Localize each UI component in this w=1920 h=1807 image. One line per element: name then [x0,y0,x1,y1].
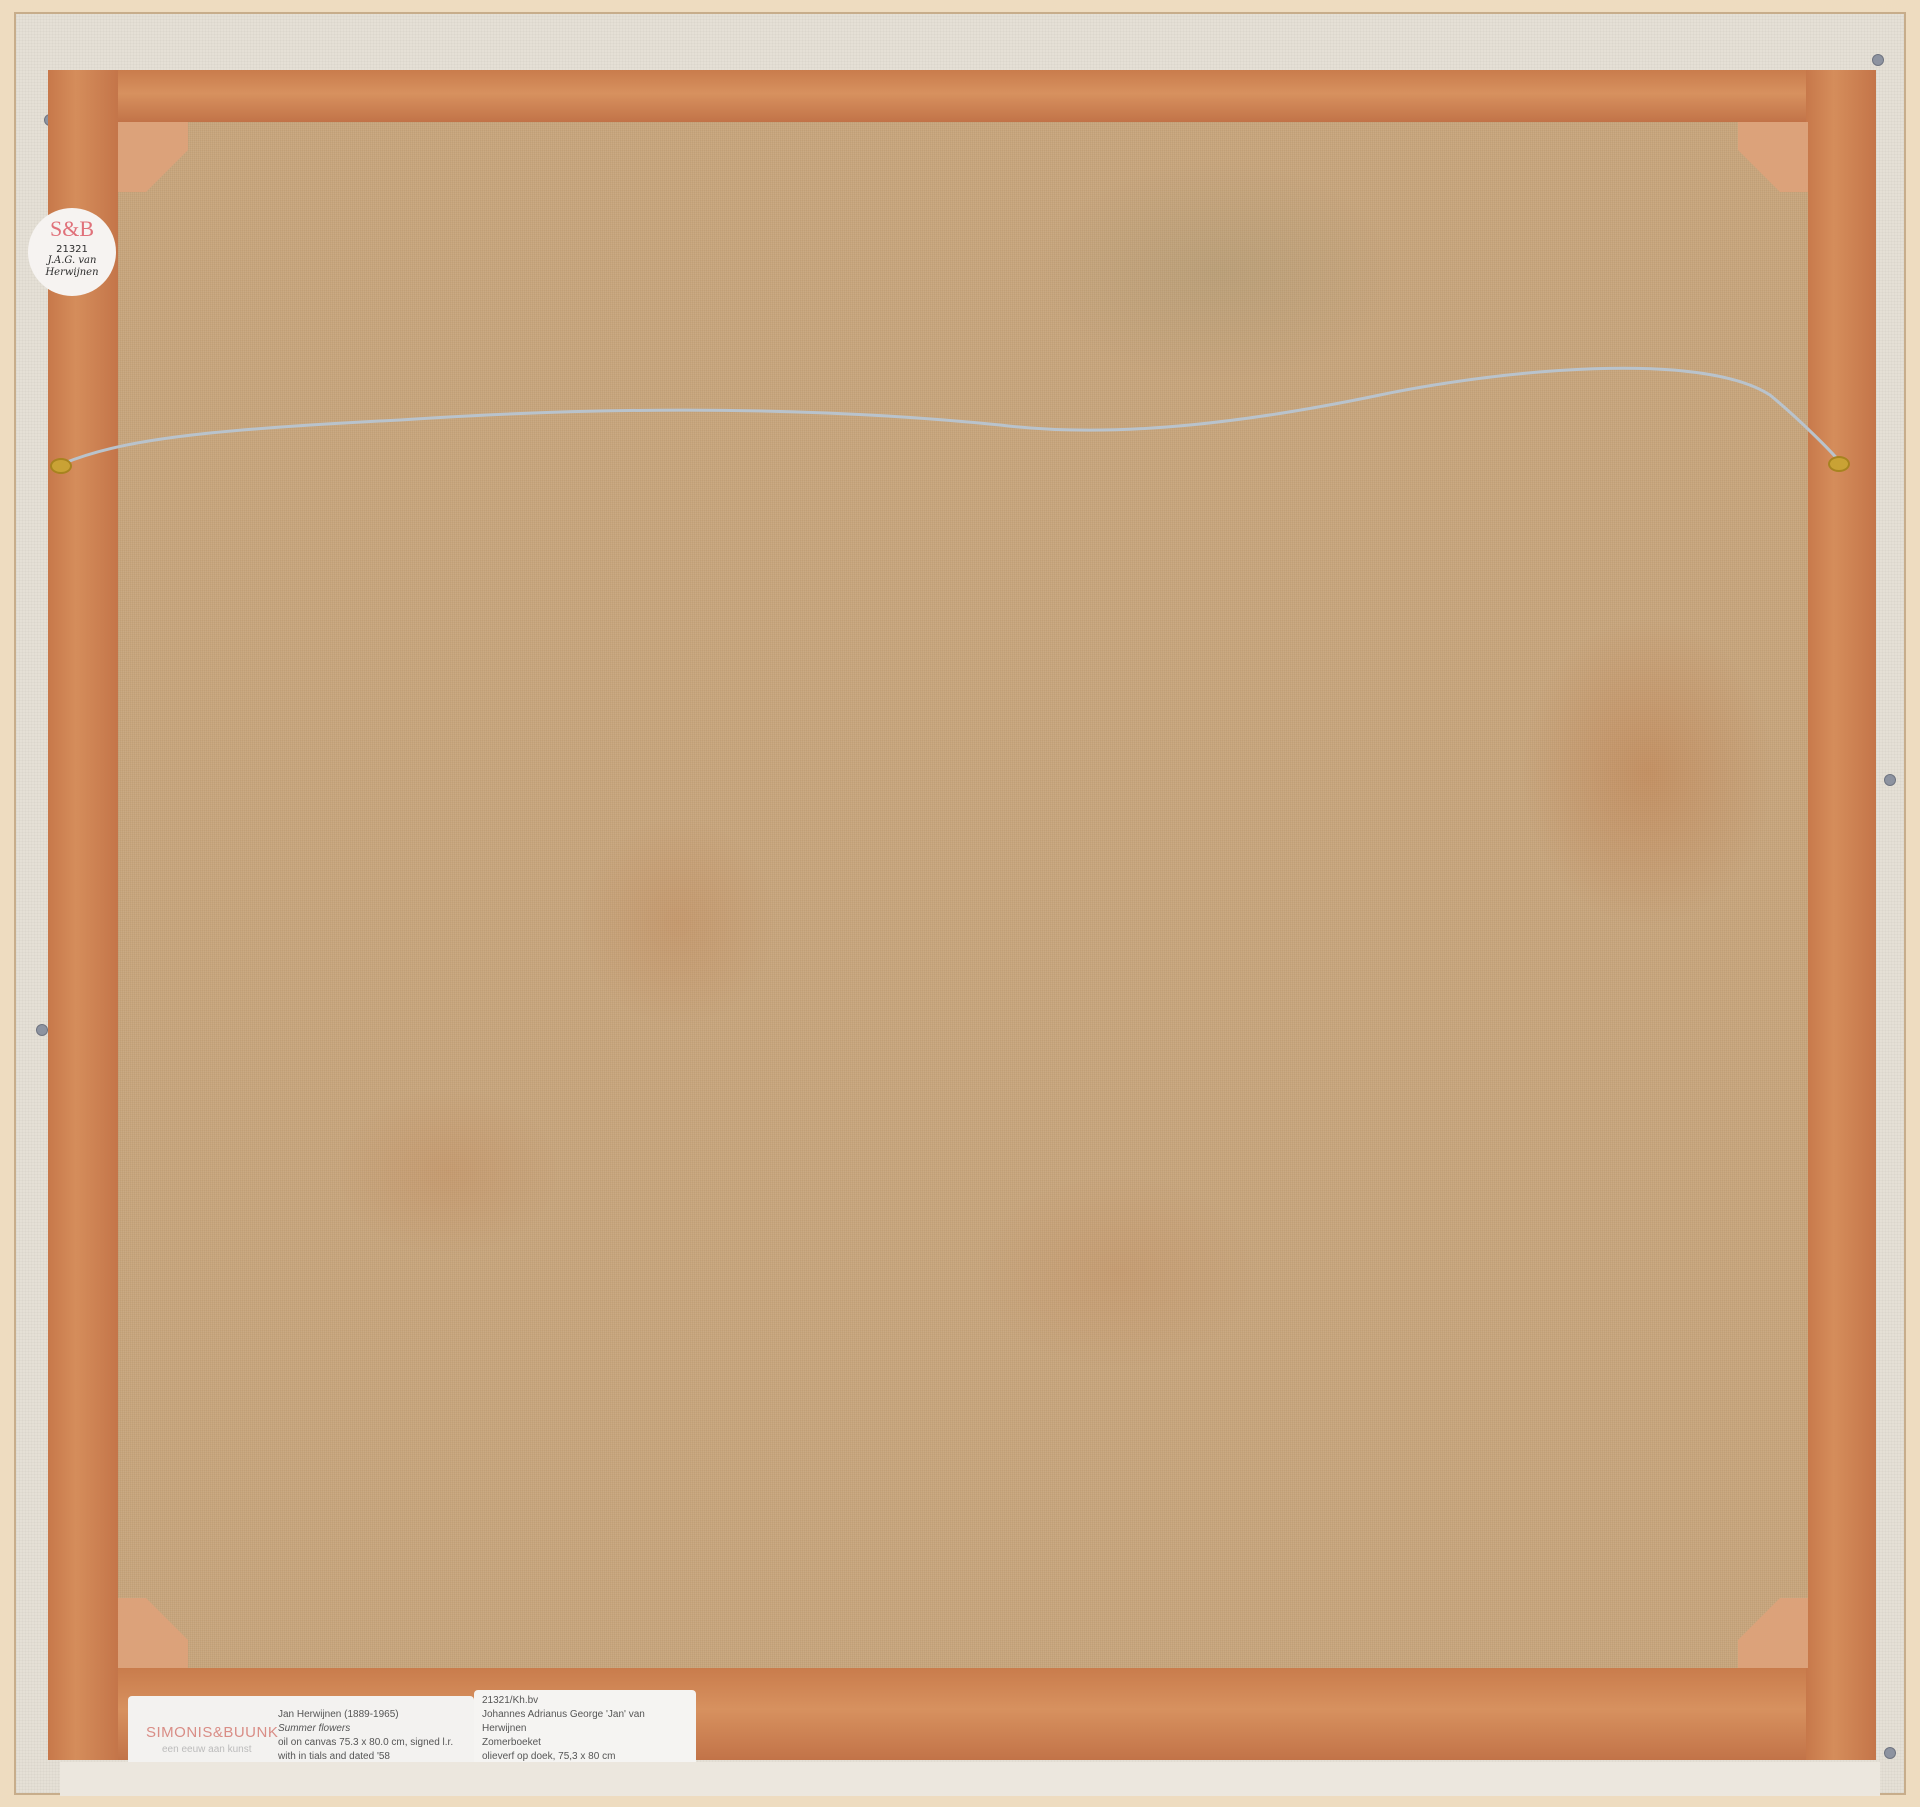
sb-sticker: S&B 21321 J.A.G. van Herwijnen [28,208,116,296]
artist-full: Johannes Adrianus George 'Jan' van [482,1708,688,1722]
title: Summer flowers [278,1722,488,1736]
inventory-label: 21321/Kh.bv Johannes Adrianus George 'Ja… [474,1690,696,1770]
sb-name-line2: Herwijnen [28,267,116,279]
hanging-wire [0,0,1920,600]
tack-icon [36,1024,48,1036]
tack-icon [1884,1747,1896,1759]
gallery-logo: SIMONIS&BUUNK [146,1724,278,1741]
gallery-subtitle: een eeuw aan kunst [162,1744,252,1755]
inventory-code: 21321/Kh.bv [482,1694,688,1708]
sb-name-line1: J.A.G. van [28,255,116,267]
canvas-flap-bottom [60,1762,1880,1796]
sb-logo: S&B [28,216,116,242]
eye-hook-left-icon [50,458,72,474]
title-nl: Zomerboeket [482,1736,688,1750]
tack-icon [1884,774,1896,786]
gallery-label-info: Jan Herwijnen (1889-1965) Summer flowers… [278,1708,488,1764]
artist-full-2: Herwijnen [482,1722,688,1736]
medium: oil on canvas 75.3 x 80.0 cm, signed l.r… [278,1736,488,1750]
sb-number: 21321 [28,244,116,255]
artist: Jan Herwijnen (1889-1965) [278,1708,488,1722]
eye-hook-right-icon [1828,456,1850,472]
